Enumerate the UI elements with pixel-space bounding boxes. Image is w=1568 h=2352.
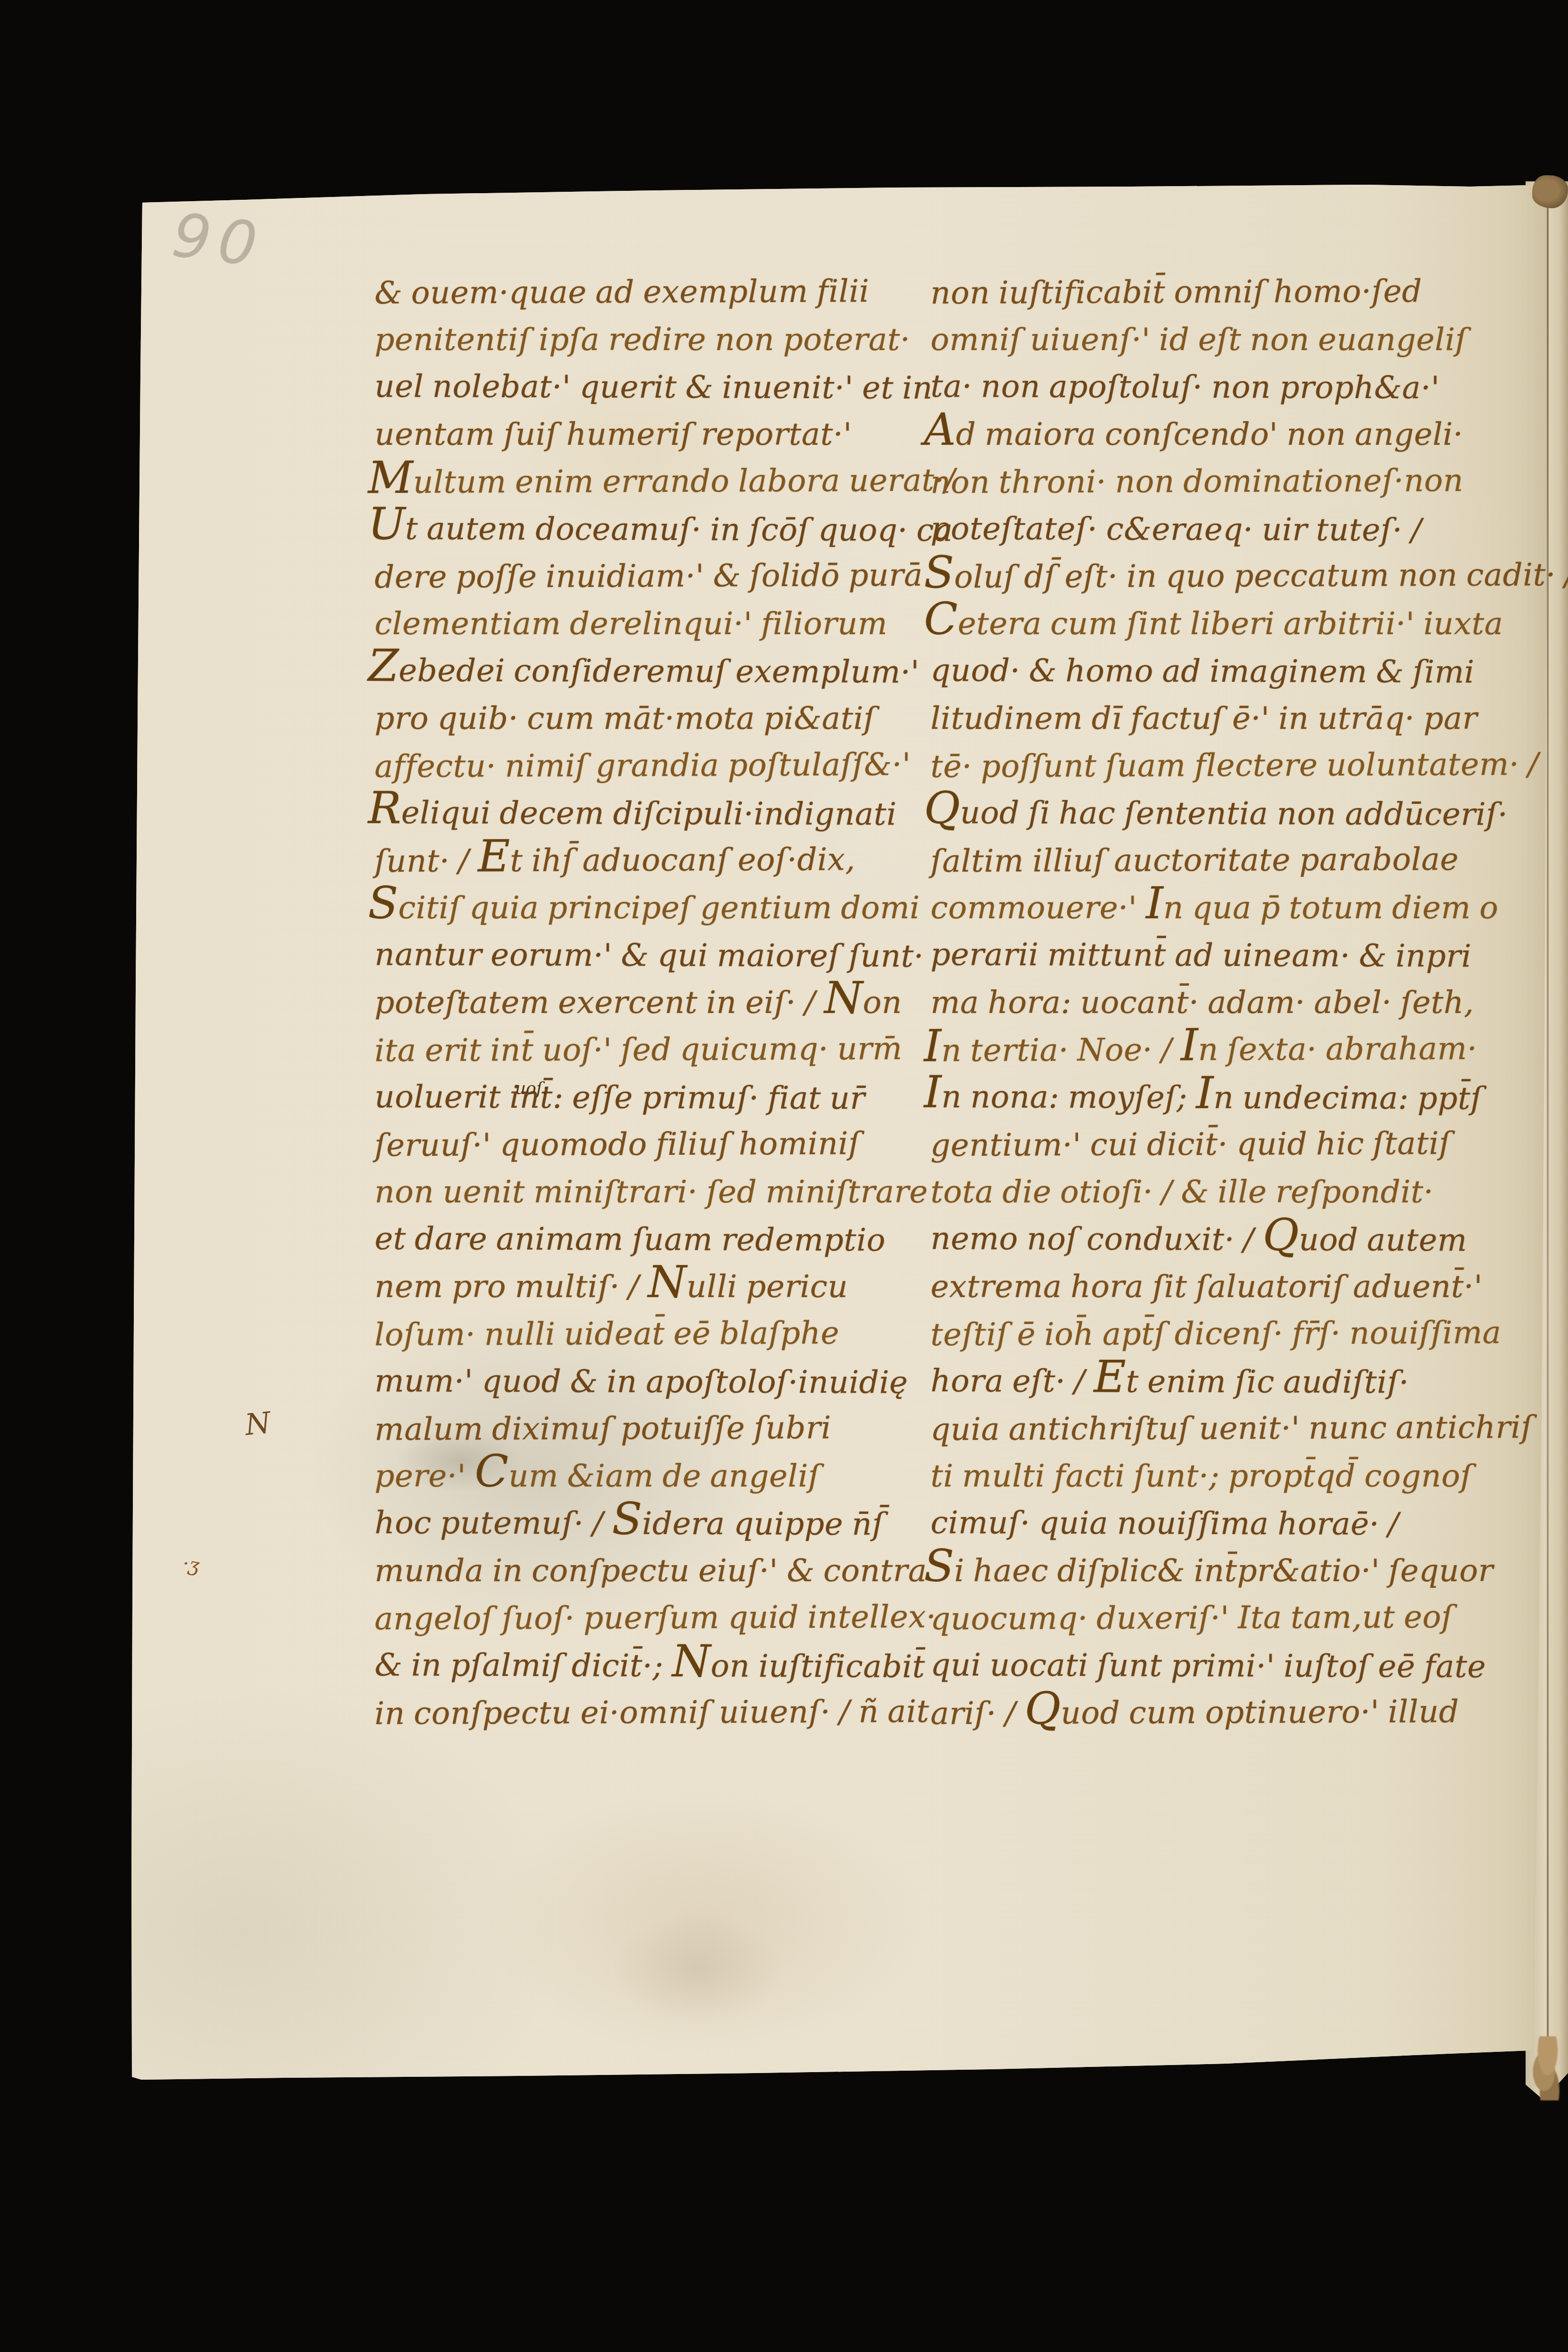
manuscript-line: nem pro multiſ· / Nulli pericu [375,1263,935,1311]
manuscript-line: poteſtatem exercent in eiſ· / Non [375,979,935,1027]
enlarged-initial: N [824,972,863,1024]
enlarged-initial: S [612,1494,643,1545]
enlarged-initial: U [368,498,405,550]
manuscript-line: non uenit miniſtrari· ſed miniſtrare [375,1168,935,1216]
enlarged-initial: N [648,1257,686,1308]
interlinear-gloss: uoſ: [515,1080,548,1097]
manuscript-line: Soluſ dſ̄ eſt· in quo peccatum non cadit… [924,552,1501,601]
manuscript-line: extrema hora ſit ſaluatoriſ aduent̄·' [931,1263,1501,1311]
enlarged-initial: A [924,404,956,456]
manuscript-line: omniſ uiuenſ·' id eſt non euangeliſ [931,316,1501,364]
manuscript-line: penitentiſ ipſa redire non poterat· [375,316,935,364]
manuscript-line: Quod ſi hac ſententia non addūceriſ· [924,789,1501,838]
manuscript-line: ſaltim illiuſ auctoritate parabolae [931,836,1501,885]
manuscript-line: pro quib· cum māt·mota pi&atiſ [375,695,935,743]
enlarged-initial: I [924,1067,941,1118]
manuscript-line: perarii mittunt̄ ad uineam· & inpri [931,931,1501,980]
manuscript-line: angeloſ ſuoſ· puerſum quid intellex· [375,1593,935,1643]
manuscript-line: tota die otioſi· / & ille reſpondit· [931,1168,1501,1216]
manuscript-line: hoc putemuſ· / Sidera quippe n̄ſ̄ [375,1499,935,1548]
enlarged-initial: S [368,878,398,929]
manuscript-line: uoluerit int̄: eſſe primuſ· fiat ur̄uoſ: [375,1073,935,1122]
enlarged-initial: R [368,783,401,834]
manuscript-line: affectu· nimiſ grandia poſtulaſſ&·' [375,741,935,791]
manuscript-line: ma hora: uocant̄· adam· abel· ſeth, [931,979,1501,1027]
manuscript-line: tē· poſſunt ſuam flectere uoluntatem· / [931,741,1501,791]
enlarged-initial: S [924,547,955,598]
enlarged-initial: I [1146,878,1163,929]
manuscript-line: cimuſ· quia nouiſſima horaē· / [931,1499,1501,1548]
manuscript-line: ſeruuſ·' quomodo filiuſ hominiſ [375,1120,935,1169]
manuscript-line: & ouem·quae ad exemplum filii [375,268,935,317]
manuscript-line: qui uocati ſunt primi·' iuſtoſ eē fate [931,1641,1501,1690]
manuscript-line: ſunt· / Et ihſ̄ aduocanſ eoſ·dix, [375,836,935,885]
text-column-right: non iuſtificabit̄ omniſ homo·ſedomniſ ui… [931,269,1501,1737]
margin-nota-mark: N [243,1405,272,1442]
folio-number-pencil: 90 [169,200,269,281]
enlarged-initial: E [1094,1351,1126,1403]
manuscript-line: uentam ſuiſ humeriſ reportat·' [375,411,935,458]
manuscript-line: Ut autem doceamuſ· in ſcōſ quoq· ca [368,505,935,554]
manuscript-line: clementiam derelinqui·' filiorum [375,600,935,648]
manuscript-line: non iuſtificabit̄ omniſ homo·ſed [931,268,1501,317]
manuscript-line: Ad maiora conſcendo' non angeli· [924,411,1501,458]
manuscript-line: munda in conſpectu eiuſ·' & contra [375,1547,935,1595]
enlarged-initial: I [1181,1020,1198,1071]
enlarged-initial: C [924,594,958,645]
enlarged-initial: I [924,1021,941,1072]
manuscript-line: Reliqui decem diſcipuli·indignati [368,789,935,838]
manuscript-line: & in pſalmiſ dicit̄·; Non iuſtificabit̄ [375,1641,935,1690]
enlarged-initial: N [672,1636,710,1687]
manuscript-photo: 90 N ·ʒ & ouem·quae ad exemplum filiipen… [0,0,1568,2352]
manuscript-line: pere·' Cum &iam de angeliſ [375,1453,935,1500]
manuscript-line: quia antichriſtuſ uenit·' nunc antichriſ [931,1404,1501,1454]
manuscript-line: Scitiſ quia principeſ gentium domi [368,884,935,932]
manuscript-line: uel nolebat·' querit & inuenit·' et in [375,363,935,412]
manuscript-line: litudinem dī factuſ ē·' in utrāq· par [931,695,1501,743]
manuscript-line: ariſ· / Quod cum optinuero·' illud [931,1688,1501,1738]
enlarged-initial: S [924,1541,954,1592]
enlarged-initial: M [368,452,413,504]
manuscript-line: Cetera cum ſint liberi arbitrii·' iuxta [924,600,1501,648]
manuscript-line: commouere·' In qua p̄ totum diem o [931,884,1501,932]
manuscript-line: quocumq· duxeriſ·' Ita tam,ut eoſ [931,1593,1501,1643]
enlarged-initial: Q [924,783,960,834]
manuscript-line: teſtiſ ē ioh̄ apt̄ſ dicenſ· fr̄ſ· nouiſſ… [931,1309,1501,1359]
manuscript-line: Multum enim errando labora uerat·/ [368,457,935,506]
text-column-left: & ouem·quae ad exemplum filiipenitentiſ … [375,269,935,1737]
manuscript-line: In nona: moyſeſ; In undecima: ppt̄ſ [924,1073,1501,1122]
enlarged-initial: E [478,831,510,882]
enlarged-initial: I [1196,1067,1213,1119]
manuscript-line: malum diximuſ potuiſſe ſubri [375,1404,935,1454]
manuscript-line: nemo noſ conduxit· / Quod autem [931,1215,1501,1264]
manuscript-line: dere poſſe inuidiam·' & ſolidō purā [375,552,935,601]
enlarged-initial: Z [368,640,399,692]
manuscript-line: mum·' quod & in apoſtoloſ·inuidię [375,1357,935,1406]
enlarged-initial: Q [1263,1209,1299,1261]
manuscript-line: ta· non apoſtoluſ· non proph&a·' [931,363,1501,412]
manuscript-line: Zebedei conſideremuſ exemplum·' [368,647,935,696]
manuscript-line: ita erit int̄ uoſ·' ſed quicumq· urm̄ [375,1025,935,1075]
manuscript-line: gentium·' cui dicit̄· quid hic ſtatiſ [931,1120,1501,1169]
manuscript-line: ti multi facti ſunt·; propt̄qd̄ cognoſ [931,1453,1501,1500]
manuscript-line: loſum· nulli uideat̄ eē blaſphe [375,1309,935,1359]
manuscript-line: hora eſt· / Et enim ſic audiſtiſ· [931,1357,1501,1406]
manuscript-line: non throni· non dominationeſ·non [931,457,1501,506]
manuscript-line: Si haec diſplic& int̄pr&atio·' ſequor [924,1547,1501,1595]
enlarged-initial: Q [1024,1683,1061,1734]
manuscript-line: poteſtateſ· c&eraeq· uir tuteſ· / [931,505,1501,554]
manuscript-line: in conſpectu ei·omniſ uiuenſ· / ñ ait [375,1688,935,1738]
manuscript-line: quod· & homo ad imaginem & ſimi [931,647,1501,696]
enlarged-initial: C [475,1446,509,1497]
text-layer: & ouem·quae ad exemplum filiipenitentiſ … [0,0,1568,2352]
